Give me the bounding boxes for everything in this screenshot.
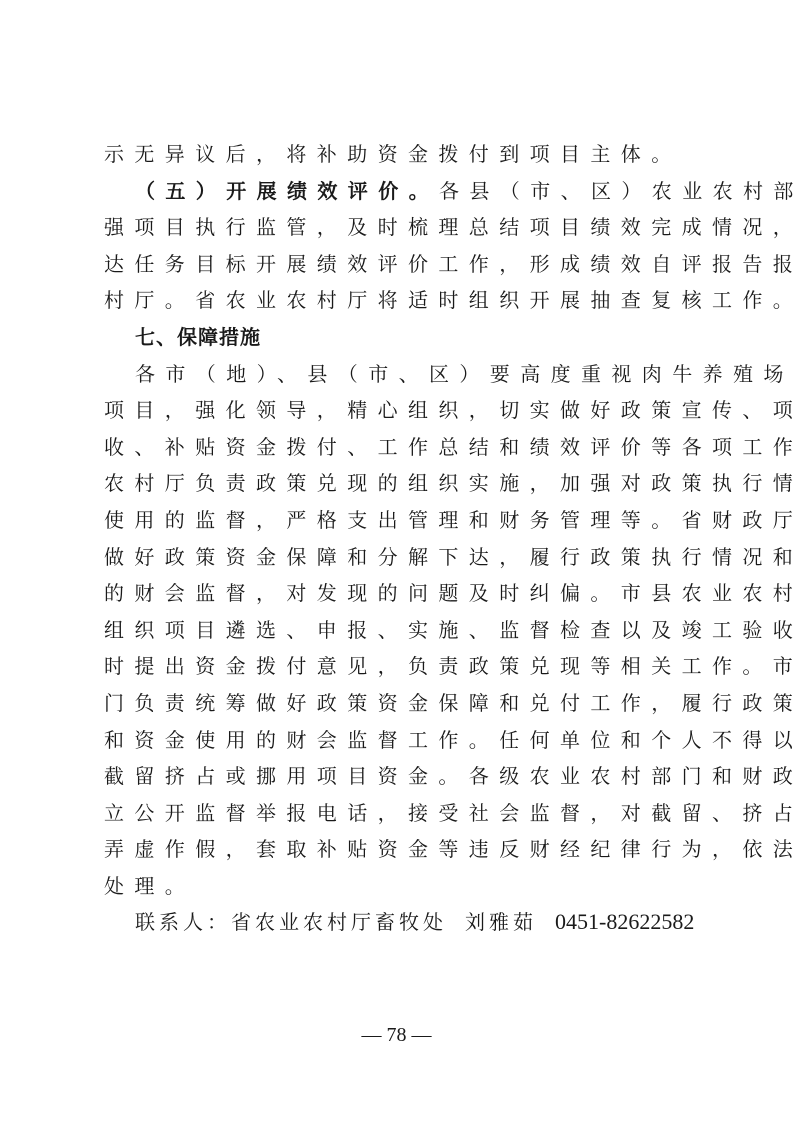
paragraph-line: 立公开监督举报电话，接受社会监督，对截留、挤占、挪用、 [104,795,696,832]
paragraph-line: 农村厅负责政策兑现的组织实施，加强对政策执行情况和资金 [104,465,696,502]
paragraph-line: 使用的监督，严格支出管理和财务管理等。省财政厅负责统筹 [104,502,696,539]
paragraph-line: 门负责统筹做好政策资金保障和兑付工作，履行政策执行情况 [104,685,696,722]
paragraph-line: 弄虚作假，套取补贴资金等违反财经纪律行为，依法依规严肃 [104,831,696,868]
paragraph-line: 组织项目遴选、申报、实施、监督检查以及竣工验收工作，及 [104,612,696,649]
contact-label: 联系人： [135,910,231,934]
contact-name: 刘雅茹 [465,910,537,934]
paragraph-line: （五）开展绩效评价。各县（市、区）农业农村部门要加 [104,173,696,210]
contact-office: 省农业农村厅畜牧处 [231,910,447,934]
paragraph-line: 各市（地）、县（市、区）要高度重视肉牛养殖场建设 [104,356,696,393]
contact-phone: 0451-82622582 [555,909,694,934]
body-text: 示无异议后，将补助资金拨付到项目主体。 （五）开展绩效评价。各县（市、区）农业农… [104,136,696,941]
paragraph-line: 项目，强化领导，精心组织，切实做好政策宣传、项目申报验 [104,392,696,429]
paragraph-line: 收、补贴资金拨付、工作总结和绩效评价等各项工作。省农业 [104,429,696,466]
paragraph-line: 强项目执行监管，及时梳理总结项目绩效完成情况，按照省级下 [104,209,696,246]
paragraph-line: 截留挤占或挪用项目资金。各级农业农村部门和财政部门要设 [104,758,696,795]
contact-line: 联系人：省农业农村厅畜牧处刘雅茹0451-82622582 [104,904,696,941]
paragraph-text: 各县（市、区）农业农村部门要加 [439,179,793,203]
paragraph-line: 的财会监督，对发现的问题及时纠偏。市县农业农村部门负责 [104,575,696,612]
paragraph-line: 达任务目标开展绩效评价工作，形成绩效自评报告报省农业农 [104,246,696,283]
subsection-heading: （五）开展绩效评价。 [135,179,439,203]
paragraph-line: 和资金使用的财会监督工作。任何单位和个人不得以任何理由 [104,722,696,759]
paragraph-line: 做好政策资金保障和分解下达，履行政策执行情况和资金使用 [104,539,696,576]
paragraph-line: 示无异议后，将补助资金拨付到项目主体。 [104,136,696,173]
section-heading: 七、保障措施 [104,319,696,356]
document-page: 示无异议后，将补助资金拨付到项目主体。 （五）开展绩效评价。各县（市、区）农业农… [0,0,793,1122]
paragraph-line: 处理。 [104,868,696,905]
paragraph-line: 村厅。省农业农村厅将适时组织开展抽查复核工作。 [104,282,696,319]
page-number: — 78 — [0,1024,793,1047]
paragraph-line: 时提出资金拨付意见，负责政策兑现等相关工作。市县财政部 [104,648,696,685]
